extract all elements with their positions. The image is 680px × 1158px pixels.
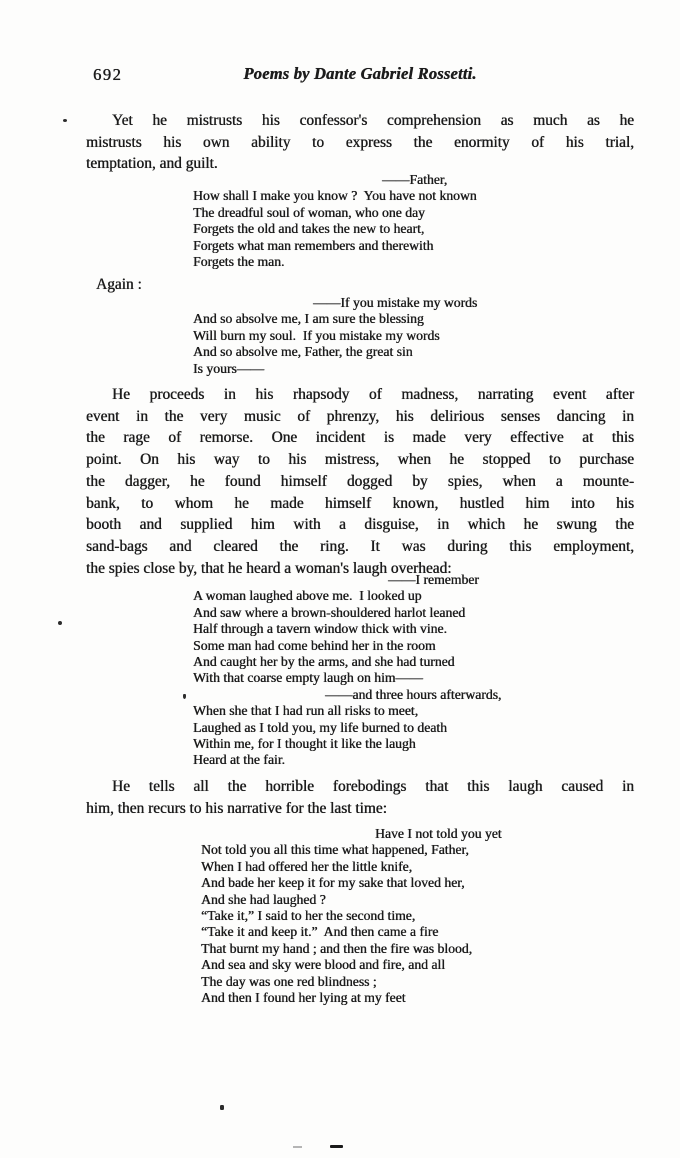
text-line: He proceeds in his rhapsody of madness, … xyxy=(86,384,634,406)
scan-speck xyxy=(63,119,67,122)
scan-speck xyxy=(330,1145,343,1148)
verse-line: The dreadful soul of woman, who one day xyxy=(193,205,633,221)
verse-lines: Not told you all this time what happened… xyxy=(201,842,641,1006)
running-title: Poems by Dante Gabriel Rossetti. xyxy=(86,64,634,84)
text-line: booth and supplied him with a disguise, … xyxy=(86,514,634,536)
paragraph-3: He tells all the horrible forebodings th… xyxy=(86,776,634,819)
verse-line: And so absolve me, I am sure the blessin… xyxy=(193,311,633,327)
text-line: event in the very music of phrenzy, his … xyxy=(86,406,634,428)
verse-line: “Take it,” I said to her the second time… xyxy=(201,908,641,924)
verse-line: When I had offered her the little knife, xyxy=(201,859,641,875)
verse-line: “Take it and keep it.” And then came a f… xyxy=(201,924,641,940)
verse-quote-2: ——If you mistake my words And so absolve… xyxy=(193,295,633,377)
scan-speck xyxy=(58,621,62,625)
verse-line: Within me, for I thought it like the lau… xyxy=(193,736,633,752)
verse-mid-opener-line: ——and three hours afterwards, xyxy=(193,687,633,703)
verse-line: Some man had come behind her in the room xyxy=(193,638,633,654)
verse-line: And sea and sky were blood and fire, and… xyxy=(201,957,641,973)
verse-line: Half through a tavern window thick with … xyxy=(193,621,633,637)
verse-line: That burnt my hand ; and then the fire w… xyxy=(201,941,641,957)
verse-line: How shall I make you know ? You have not… xyxy=(193,188,633,204)
book-page-scan: 692 Poems by Dante Gabriel Rossetti. Yet… xyxy=(0,0,680,1158)
verse-line: When she that I had run all risks to mee… xyxy=(193,703,633,719)
text-line: mistrusts his own ability to express the… xyxy=(86,132,634,154)
verse-quote-3: ——I remember A woman laughed above me. I… xyxy=(193,572,633,769)
scan-speck xyxy=(293,1146,302,1148)
verse-lines: A woman laughed above me. I looked upAnd… xyxy=(193,588,633,686)
verse-opener-line: ——Father, xyxy=(193,172,633,188)
verse-lines: When she that I had run all risks to mee… xyxy=(193,703,633,769)
text-line: Yet he mistrusts his confessor's compreh… xyxy=(86,110,634,132)
verse-line: And she had laughed ? xyxy=(201,892,641,908)
verse-line: Forgets what man remembers and therewith xyxy=(193,238,633,254)
verse-line: Is yours—— xyxy=(193,361,633,377)
verse-lines: How shall I make you know ? You have not… xyxy=(193,188,633,270)
text-line: He tells all the horrible forebodings th… xyxy=(86,776,634,798)
verse-opener-line: ——If you mistake my words xyxy=(193,295,633,311)
scan-speck xyxy=(220,1105,224,1110)
text-line: the dagger, he found himself dogged by s… xyxy=(86,471,634,493)
page-number: 692 xyxy=(93,65,122,85)
text-line: him, then recurs to his narrative for th… xyxy=(86,798,634,820)
verse-line: With that coarse empty laugh on him—— xyxy=(193,670,633,686)
verse-line: Not told you all this time what happened… xyxy=(201,842,641,858)
verse-line: And caught her by the arms, and she had … xyxy=(193,654,633,670)
verse-quote-4: Have I not told you yet Not told you all… xyxy=(201,826,641,1006)
again-label: Again : xyxy=(96,276,142,294)
page-header: 692 Poems by Dante Gabriel Rossetti. xyxy=(86,64,634,84)
paragraph-1: Yet he mistrusts his confessor's compreh… xyxy=(86,110,634,175)
scan-speck xyxy=(183,694,186,699)
verse-line: Laughed as I told you, my life burned to… xyxy=(193,720,633,736)
verse-opener-line: Have I not told you yet xyxy=(201,826,641,842)
verse-line: Forgets the man. xyxy=(193,254,633,270)
verse-opener-line: ——I remember xyxy=(193,572,633,588)
verse-lines: And so absolve me, I am sure the blessin… xyxy=(193,311,633,377)
verse-line: A woman laughed above me. I looked up xyxy=(193,588,633,604)
text-line: the rage of remorse. One incident is mad… xyxy=(86,427,634,449)
text-line: bank, to whom he made himself known, hus… xyxy=(86,493,634,515)
verse-line: Will burn my soul. If you mistake my wor… xyxy=(193,328,633,344)
verse-quote-1: ——Father, How shall I make you know ? Yo… xyxy=(193,172,633,270)
verse-line: And so absolve me, Father, the great sin xyxy=(193,344,633,360)
verse-line: Heard at the fair. xyxy=(193,752,633,768)
verse-line: The day was one red blindness ; xyxy=(201,974,641,990)
text-line: sand-bags and cleared the ring. It was d… xyxy=(86,536,634,558)
verse-line: And then I found her lying at my feet xyxy=(201,990,641,1006)
paragraph-2: He proceeds in his rhapsody of madness, … xyxy=(86,384,634,579)
verse-line: And saw where a brown-shouldered harlot … xyxy=(193,605,633,621)
verse-line: Forgets the old and takes the new to hea… xyxy=(193,221,633,237)
verse-line: And bade her keep it for my sake that lo… xyxy=(201,875,641,891)
text-line: point. On his way to his mistress, when … xyxy=(86,449,634,471)
